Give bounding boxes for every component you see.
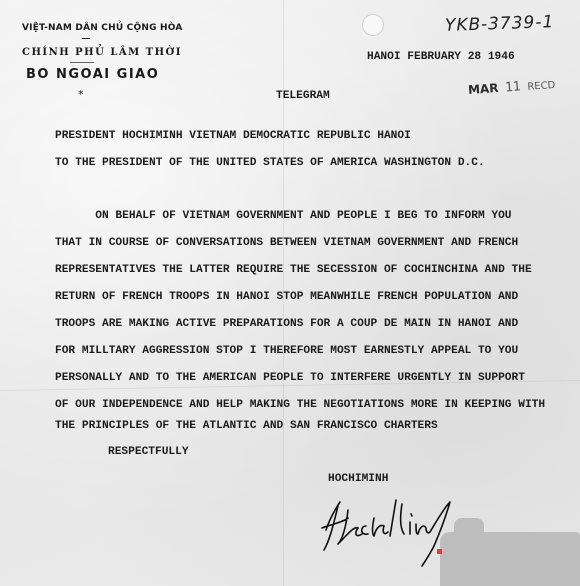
star-icon: * (78, 88, 84, 101)
reference-number: YKB-3739-1 (445, 12, 555, 36)
signatory-name: HOCHIMINH (328, 473, 388, 485)
body-line: ON BEHALF OF VIETNAM GOVERNMENT AND PEOP… (55, 210, 512, 222)
address-from: PRESIDENT HOCHIMINH VIETNAM DEMOCRATIC R… (55, 130, 411, 142)
redacted-region (440, 532, 580, 586)
document-type: TELEGRAM (276, 90, 330, 102)
punch-hole (362, 14, 384, 36)
received-stamp: MAR 11 RECD (468, 77, 556, 98)
letterhead-underline (70, 62, 94, 63)
address-to: TO THE PRESIDENT OF THE UNITED STATES OF… (55, 157, 485, 169)
body-line: RETURN OF FRENCH TROOPS IN HANOI STOP ME… (55, 291, 518, 303)
body-line: THE PRINCIPLES OF THE ATLANTIC AND SAN F… (55, 420, 438, 432)
closing: RESPECTFULLY (108, 446, 189, 458)
stamp-day: 11 (505, 79, 522, 95)
body-line: FOR MILLTARY AGGRESSION STOP I THEREFORE… (55, 345, 518, 357)
body-line: REPRESENTATIVES THE LATTER REQUIRE THE S… (55, 264, 532, 276)
body-line: PERSONALLY AND TO THE AMERICAN PEOPLE TO… (55, 372, 525, 384)
letterhead-divider (82, 38, 90, 39)
red-marker (437, 549, 442, 554)
body-line: OF OUR INDEPENDENCE AND HELP MAKING THE … (55, 399, 545, 411)
body-line: THAT IN COURSE OF CONVERSATIONS BETWEEN … (55, 237, 518, 249)
place-date: HANOI FEBRUARY 28 1946 (367, 51, 515, 63)
letterhead-ministry: BO NGOAI GIAO (26, 67, 159, 82)
body-line: TROOPS ARE MAKING ACTIVE PREPARATIONS FO… (55, 318, 518, 330)
stamp-month: MAR (468, 81, 499, 97)
letterhead-government: CHÍNH PHỦ LÂM THỜI (22, 47, 182, 58)
telegram-document: VIỆT-NAM DÂN CHỦ CỘNG HÒA CHÍNH PHỦ LÂM … (0, 0, 580, 586)
stamp-label: RECD (527, 80, 556, 93)
letterhead-country: VIỆT-NAM DÂN CHỦ CỘNG HÒA (22, 23, 183, 33)
